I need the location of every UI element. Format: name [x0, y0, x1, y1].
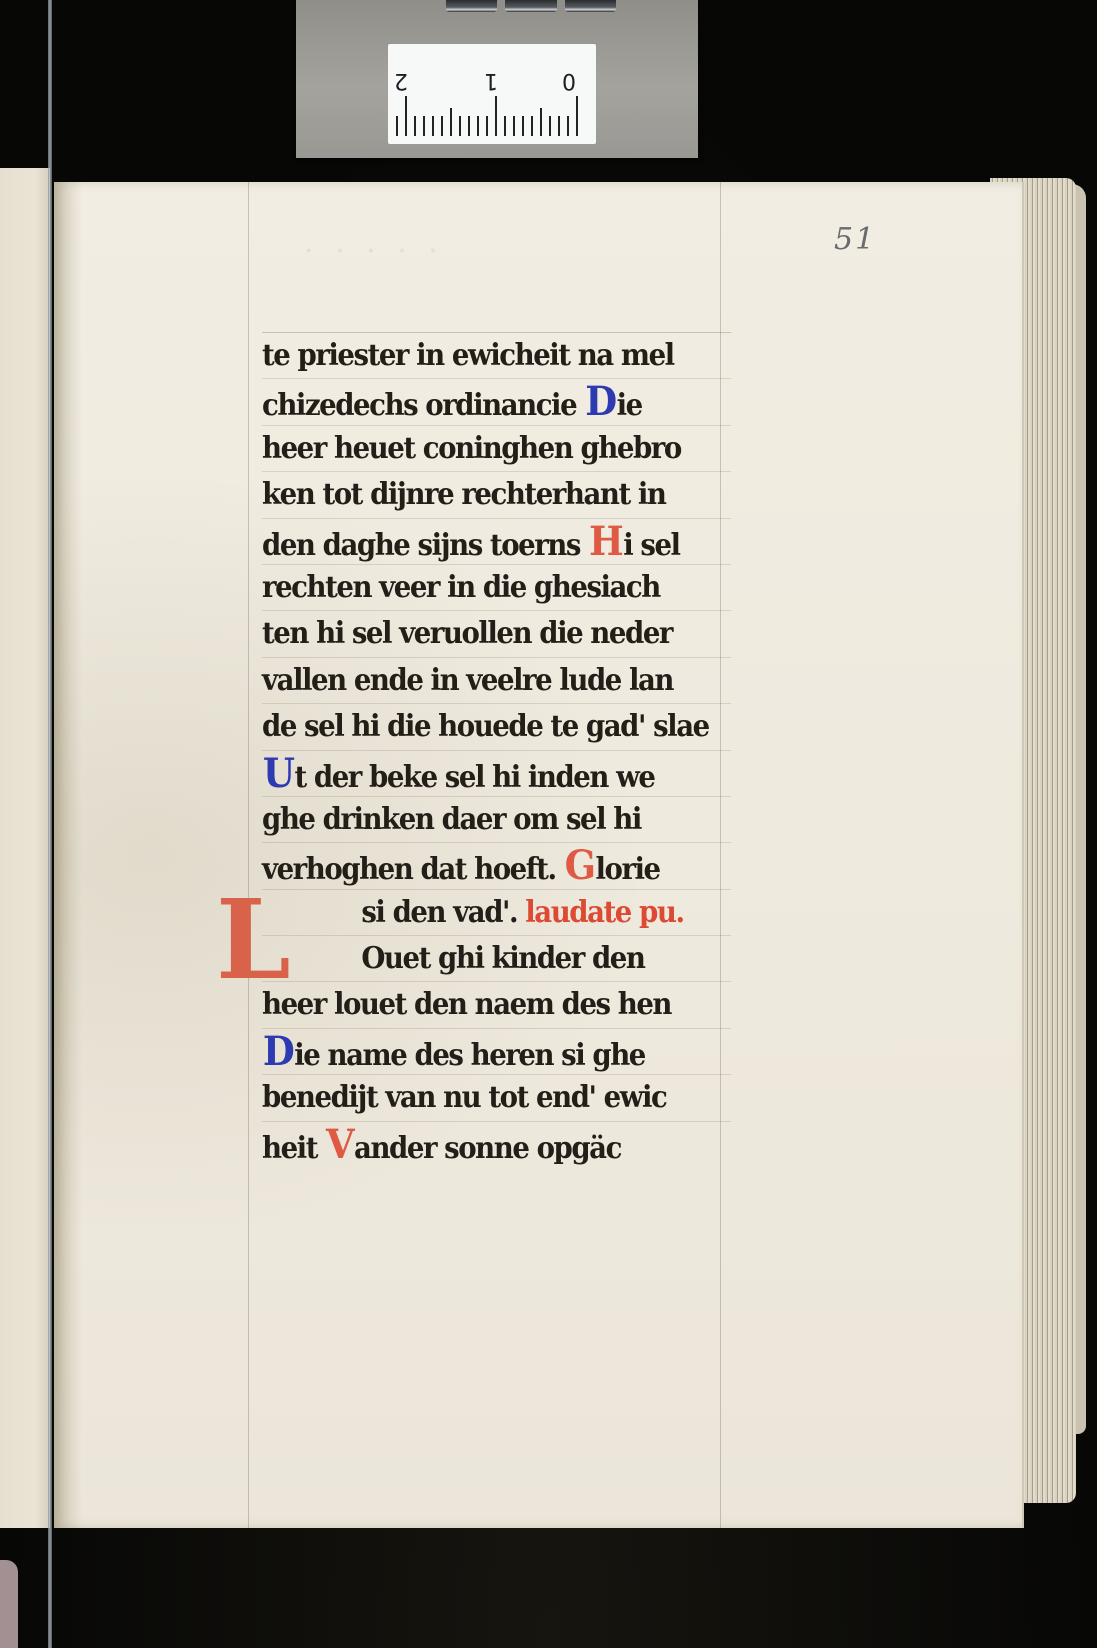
- text-line: de sel hi die houede te gad' slae: [262, 703, 731, 749]
- gutter-stain: [54, 182, 82, 1528]
- clip: [565, 0, 616, 12]
- text-line: verhoghen dat hoeft. Glorie: [262, 842, 731, 888]
- clip: [446, 0, 497, 12]
- ruler-label-0: 0: [562, 68, 576, 93]
- offset-show-through: · · · · ·: [304, 234, 624, 274]
- text-line: vallen ende in veelre lude lan: [262, 657, 731, 703]
- text-line: Ouet ghi kinder den: [262, 935, 731, 981]
- text-line: heit Vander sonne opgäc: [262, 1121, 731, 1167]
- red-initial: V: [326, 1122, 353, 1167]
- text-line: te priester in ewicheit na mel: [262, 332, 731, 378]
- blue-initial: D: [263, 1029, 293, 1074]
- text-line: Die name des heren si ghe: [262, 1028, 731, 1074]
- text-line: chizedechs ordinancie Die: [262, 378, 731, 424]
- rubric: laudate pu.: [525, 895, 683, 930]
- text-line: den daghe sijns toerns Hi sel: [262, 518, 731, 564]
- text-line: benedijt van nu tot end' ewic: [262, 1074, 731, 1120]
- text-line: heer louet den naem des hen: [262, 981, 731, 1027]
- text-line: heer heuet coninghen ghebro: [262, 425, 731, 471]
- ruler-ticks: [396, 96, 578, 136]
- text-line: ghe drinken daer om sel hi: [262, 796, 731, 842]
- blue-initial: D: [585, 379, 615, 424]
- text-line: ten hi sel veruollen die neder: [262, 610, 731, 656]
- red-initial: G: [565, 843, 595, 888]
- thumb: [0, 1560, 18, 1648]
- blue-initial: U: [263, 751, 294, 796]
- text-line: Ut der beke sel hi inden we: [262, 750, 731, 796]
- red-initial: H: [589, 519, 622, 564]
- metal-clips: [446, 0, 616, 12]
- centimeter-ruler: 2 1 0: [388, 44, 596, 144]
- scale-card: 2 1 0: [296, 0, 698, 158]
- folio-number: 51: [834, 222, 876, 257]
- text-line: rechten veer in die ghesiach: [262, 564, 731, 610]
- text-block: te priester in ewicheit na mel chizedech…: [262, 332, 772, 1167]
- verso-page-edge: [0, 168, 50, 1528]
- recto-page: · · · · · 51 te priester in ewicheit na …: [54, 182, 1024, 1528]
- clip: [505, 0, 556, 12]
- ruling-line-left: [248, 182, 249, 1528]
- glass-plate-edge: [48, 0, 52, 1648]
- text-line: L si den vad'. laudate pu.: [262, 889, 731, 935]
- text-line: ken tot dijnre rechterhant in: [262, 471, 731, 517]
- ruler-label-1: 1: [484, 68, 498, 93]
- ruler-label-2: 2: [394, 68, 408, 93]
